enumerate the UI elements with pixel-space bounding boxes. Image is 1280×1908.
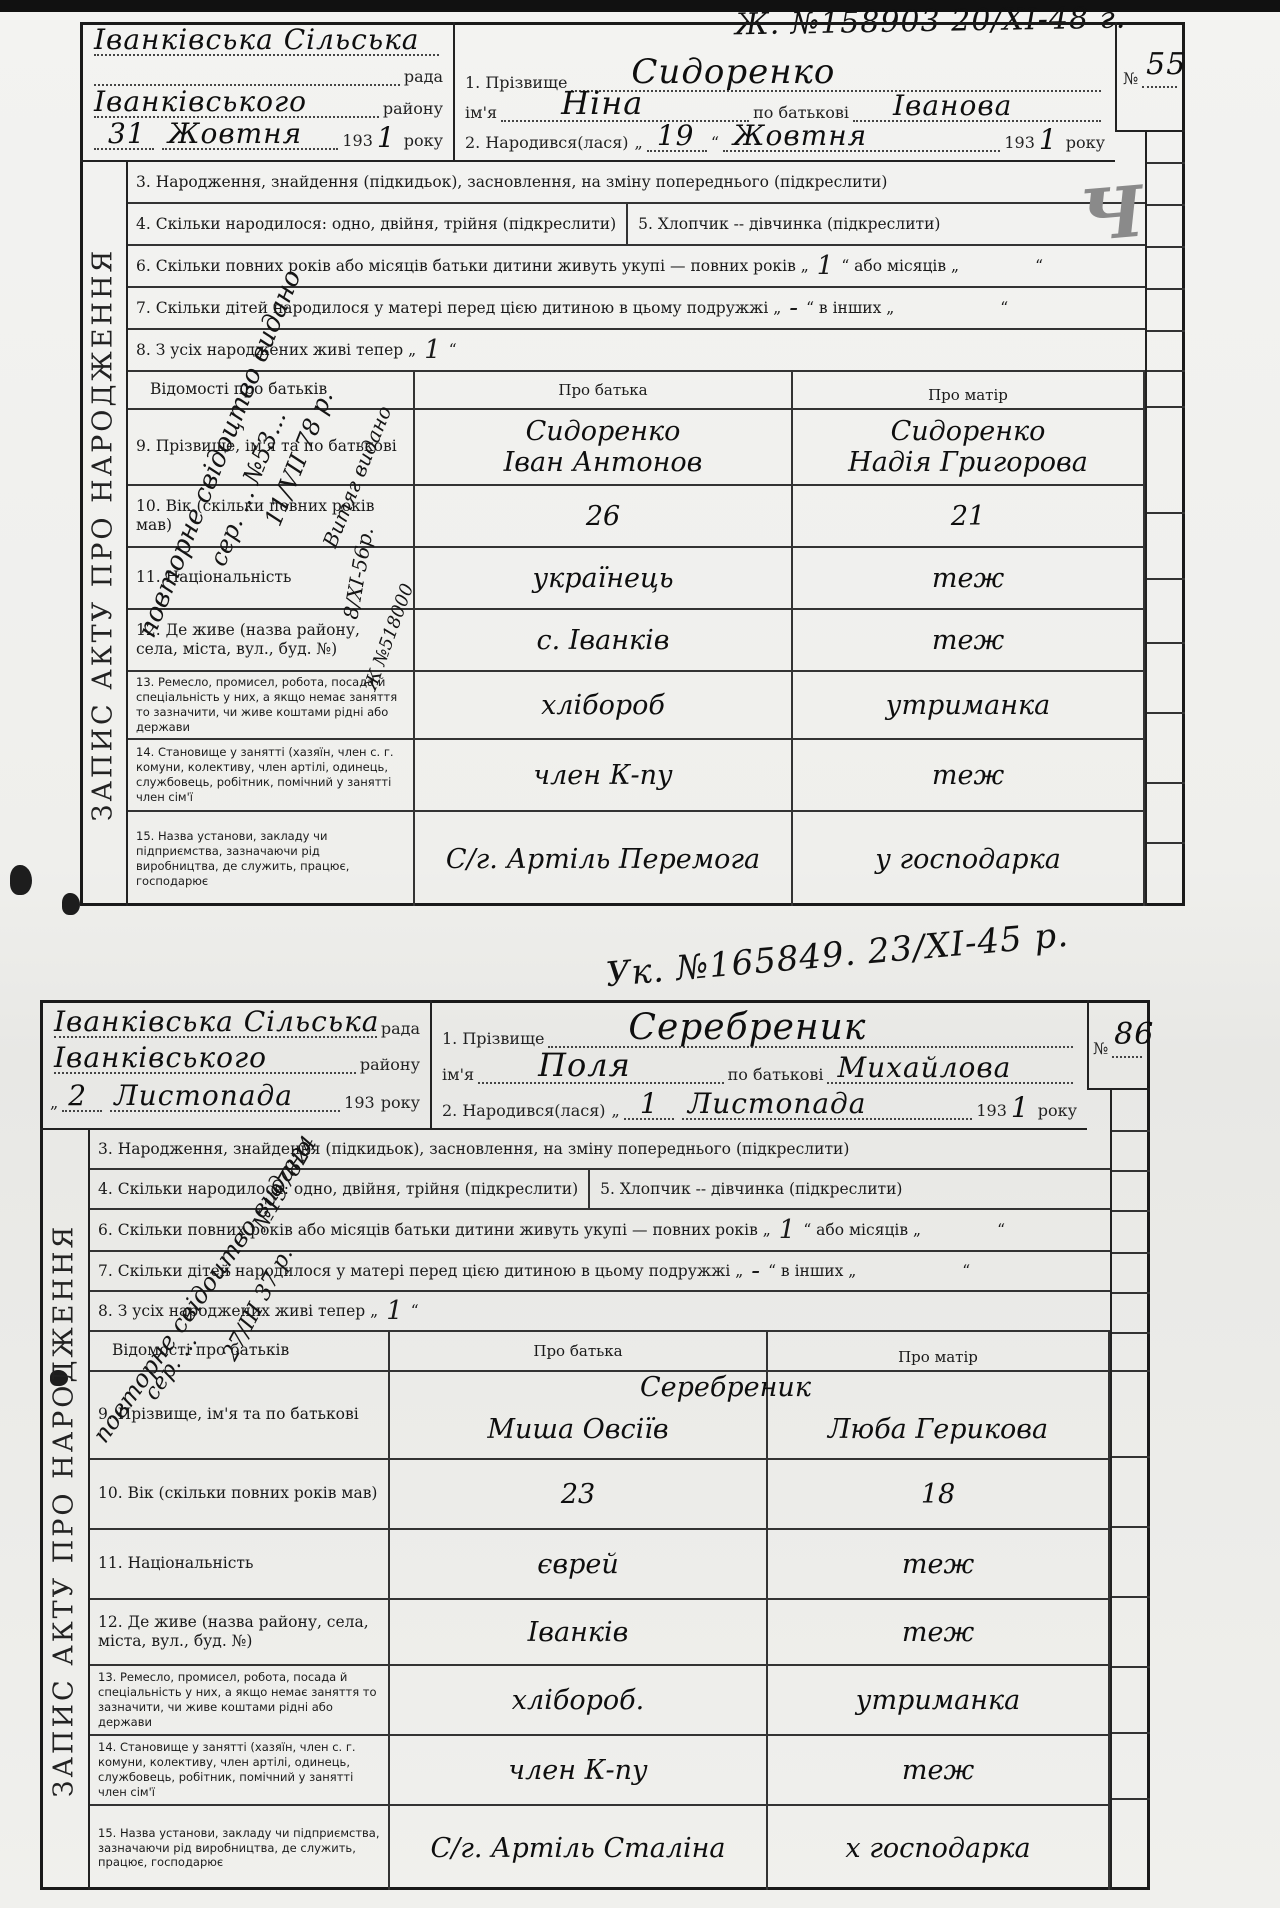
born-label: 2. Народився(лася): [442, 1101, 606, 1126]
year-prefix: 193: [342, 131, 373, 156]
record-1-q7-this: -: [789, 293, 798, 323]
q11-label: 11. Національність: [90, 1530, 390, 1600]
record-1-father-residence[interactable]: с. Іванків: [415, 610, 793, 672]
record-1-q4-q5: 4. Скільки народилося: одно, двійня, трі…: [128, 204, 1145, 246]
year-prefix: 193: [1004, 133, 1035, 158]
record-1-mother-workplace[interactable]: у господарка: [793, 812, 1145, 906]
record-1-mother-name[interactable]: СидоренкоНадія Григорова: [793, 410, 1145, 486]
ink-blot: [10, 865, 32, 895]
record-2-number-box: № 86: [1087, 1000, 1150, 1090]
record-2-council-block: Іванківська Сільська рада Іванківського …: [40, 1000, 432, 1130]
record-1-mother-residence[interactable]: теж: [793, 610, 1145, 672]
record-1-surname: Сидоренко: [631, 52, 835, 92]
record-1-q8-alive: 1: [424, 335, 441, 365]
record-1-father-workplace[interactable]: С/г. Артіль Перемога: [415, 812, 793, 906]
record-2-father-name[interactable]: Миша Овсіїв Серебреник: [390, 1372, 768, 1460]
record-2-mother-name[interactable]: Люба Герикова: [768, 1372, 1110, 1460]
record-2-birth-year-digit: 1: [1011, 1091, 1030, 1124]
record-2-q8-alive: 1: [386, 1296, 403, 1326]
record-1-reg-year-digit: 1: [377, 121, 396, 154]
name-label: ім'я: [442, 1065, 474, 1090]
record-1-district: Іванківського: [94, 85, 307, 118]
roku-label: року: [1066, 133, 1105, 158]
record-2-birth-day: 1: [640, 1087, 659, 1120]
raion-label: району: [360, 1055, 420, 1080]
rada-label: рада: [381, 1019, 420, 1044]
record-1-father-age[interactable]: 26: [415, 486, 793, 548]
record-2-surname: Серебреник: [628, 1007, 866, 1048]
record-1-mother-position[interactable]: теж: [793, 740, 1145, 812]
record-2-q3: 3. Народження, знайдення (підкидьок), за…: [90, 1130, 1110, 1170]
record-1-form: Іванківська Сільська рада Іванківського …: [80, 22, 1185, 906]
q14-label: 14. Становище у занятті (хазяїн, член с.…: [90, 1736, 390, 1806]
record-1-mother-nationality[interactable]: теж: [793, 548, 1145, 610]
record-2-q4-q5: 4. Скільки народилося: одно, двійня, трі…: [90, 1170, 1110, 1210]
mother-header: Про матір: [793, 372, 1145, 410]
record-2-mother-residence[interactable]: теж: [768, 1600, 1110, 1666]
record-2-q7-this: -: [751, 1256, 760, 1286]
ink-blot: [62, 893, 80, 915]
roku-label: року: [404, 131, 443, 156]
record-2-form: Іванківська Сільська рада Іванківського …: [40, 1000, 1150, 1890]
record-2-side-title: ЗАПИС АКТУ ПРО НАРОДЖЕННЯ: [40, 1130, 90, 1890]
record-1-right-column: [1145, 132, 1185, 906]
father-header: Про батька: [390, 1332, 768, 1372]
number-label: №: [1093, 1039, 1108, 1064]
record-1-child-block: 1. Прізвище Сидоренко ім'я Ніна по батьк…: [455, 22, 1115, 162]
q13-label: 13. Ремесло, промисел, робота, посада й …: [90, 1666, 390, 1736]
record-1-reg-month: Жовтня: [168, 117, 302, 150]
record-1-birth-year-digit: 1: [1039, 123, 1058, 156]
record-2-mother-nationality[interactable]: теж: [768, 1530, 1110, 1600]
record-1-number-box: № 55: [1115, 22, 1185, 132]
record-2-name: Поля: [538, 1046, 631, 1084]
record-2-mother-age[interactable]: 18: [768, 1460, 1110, 1530]
q12-label: 12. Де живе (назва району, села, міста, …: [90, 1600, 390, 1666]
record-1-number: 55: [1146, 47, 1186, 82]
record-2-father-occupation[interactable]: хлібороб.: [390, 1666, 768, 1736]
year-prefix: 193: [976, 1101, 1007, 1126]
record-2-patronymic: Михайлова: [837, 1051, 1011, 1084]
record-1-birth-day: 19: [657, 119, 695, 152]
record-2-father-residence[interactable]: Іванків: [390, 1600, 768, 1666]
record-1-mother-occupation[interactable]: утриманка: [793, 672, 1145, 740]
record-2-right-column: [1110, 1090, 1150, 1890]
record-1-q6-years: 1: [817, 251, 834, 281]
record-2-number: 86: [1114, 1017, 1154, 1052]
record-2-child-block: 1. Прізвище Серебреник ім'я Поля по бать…: [432, 1000, 1087, 1130]
roku-label: року: [1038, 1101, 1077, 1126]
record-2-mother-workplace[interactable]: х господарка: [768, 1806, 1110, 1890]
record-2-father-workplace[interactable]: С/г. Артіль Сталіна: [390, 1806, 768, 1890]
record-1-parents-table: Відомості про батьків Про батька Про мат…: [128, 372, 1145, 906]
record-2-council: Іванківська Сільська: [54, 1005, 380, 1038]
record-2-father-nationality[interactable]: єврей: [390, 1530, 768, 1600]
year-prefix: 193: [344, 1093, 375, 1118]
record-1-father-position[interactable]: член К-пу: [415, 740, 793, 812]
q15-label: 15. Назва установи, закладу чи підприємс…: [128, 812, 415, 906]
record-2-birth-month: Листопада: [688, 1087, 867, 1120]
record-1-name: Ніна: [561, 84, 643, 122]
record-2-mother-position[interactable]: теж: [768, 1736, 1110, 1806]
record-1-father-nationality[interactable]: українець: [415, 548, 793, 610]
record-2-district: Іванківського: [54, 1041, 267, 1074]
record-2-father-age[interactable]: 23: [390, 1460, 768, 1530]
record-1-father-name[interactable]: СидоренкоІван Антонов: [415, 410, 793, 486]
record-2-reg-day: 2: [68, 1079, 87, 1112]
record-1-side-title: ЗАПИС АКТУ ПРО НАРОДЖЕННЯ: [80, 162, 128, 906]
number-label: №: [1123, 69, 1138, 94]
parents-header: Відомості про батьків: [128, 372, 415, 410]
roku-label: року: [381, 1093, 420, 1118]
record-2-father-position[interactable]: член К-пу: [390, 1736, 768, 1806]
father-header: Про батька: [415, 372, 793, 410]
record-1-pencil-mark: Ч: [1077, 169, 1148, 257]
record-2-parents-table: Відомості про батьків Про батька Про мат…: [90, 1332, 1110, 1890]
record-1-mother-age[interactable]: 21: [793, 486, 1145, 548]
q10-label: 10. Вік (скільки повних років мав): [90, 1460, 390, 1530]
record-1-reg-day: 31: [108, 117, 146, 150]
record-2-q6-years: 1: [779, 1215, 796, 1245]
record-1-father-occupation[interactable]: хлібороб: [415, 672, 793, 740]
record-1-birth-month: Жовтня: [733, 119, 867, 152]
q15-label: 15. Назва установи, закладу чи підприємс…: [90, 1806, 390, 1890]
born-label: 2. Народився(лася): [465, 133, 629, 158]
q14-label: 14. Становище у занятті (хазяїн, член с.…: [128, 740, 415, 812]
record-2-reg-month: Листопада: [114, 1079, 293, 1112]
record-2-mother-occupation[interactable]: утриманка: [768, 1666, 1110, 1736]
mother-header: Про матір: [768, 1332, 1110, 1372]
record-1-q3: 3. Народження, знайдення (підкидьок), за…: [128, 162, 1145, 204]
record-1-council-block: Іванківська Сільська рада Іванківського …: [80, 22, 455, 162]
rada-label: рада: [404, 67, 443, 92]
